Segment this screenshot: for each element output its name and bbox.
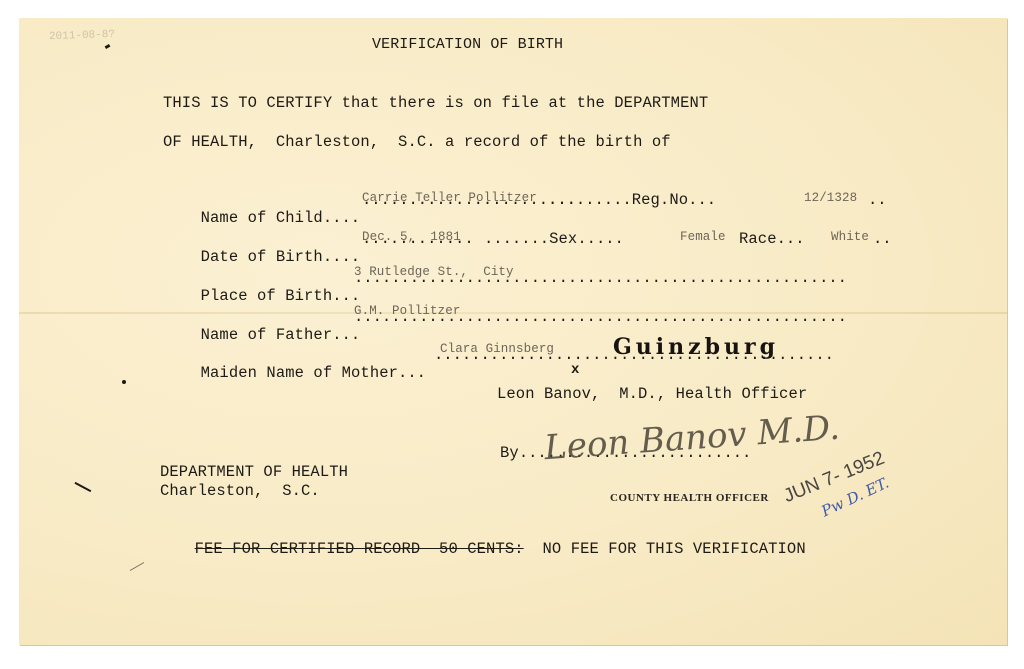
mother-label: Maiden Name of Mother xyxy=(201,364,398,382)
father-label: Name of Father xyxy=(201,326,333,344)
reg-no-label: Reg.No xyxy=(632,191,688,209)
sex-value: Female xyxy=(680,230,726,244)
department-line-2: Charleston, S.C. xyxy=(160,482,320,500)
dob-label: Date of Birth xyxy=(201,248,323,266)
birth-verification-document: 2011-08-8? VERIFICATION OF BIRTH THIS IS… xyxy=(19,18,1007,645)
by-label: By xyxy=(500,444,519,462)
no-fee-note: NO FEE FOR THIS VERIFICATION xyxy=(542,540,805,558)
child-name-label: Name of Child xyxy=(201,209,323,227)
certify-line-1: THIS IS TO CERTIFY that there is on file… xyxy=(163,94,708,112)
department-line-1: DEPARTMENT OF HEALTH xyxy=(160,463,348,481)
ink-speck xyxy=(122,380,126,384)
race-label: Race xyxy=(739,230,777,248)
county-health-officer-stamp: COUNTY HEALTH OFFICER xyxy=(610,492,769,504)
sex-label: Sex xyxy=(549,230,577,248)
ink-stroke xyxy=(75,482,92,492)
mother-row: Maiden Name of Mother... xyxy=(163,346,426,400)
reg-no-value: 12/1328 xyxy=(804,191,857,205)
reg-no-row: .........Reg.No... xyxy=(548,191,716,209)
handwritten-correction: Guinzburg xyxy=(613,334,779,360)
race-value: White xyxy=(831,230,869,244)
certify-line-2: OF HEALTH, Charleston, S.C. a record of … xyxy=(163,133,671,151)
correction-caret-mark: x xyxy=(571,362,580,378)
ink-stroke xyxy=(130,562,144,571)
health-officer-line: Leon Banov, M.D., Health Officer xyxy=(497,385,807,403)
pencil-note: 2011-08-8? xyxy=(49,29,115,43)
fee-certified-record: FEE FOR CERTIFIED RECORD 50 CENTS: xyxy=(195,540,524,558)
fee-line: FEE FOR CERTIFIED RECORD 50 CENTS: NO FE… xyxy=(157,522,806,576)
pob-label: Place of Birth xyxy=(201,287,333,305)
document-title: VERIFICATION OF BIRTH xyxy=(372,36,563,53)
ink-speck xyxy=(105,44,111,49)
